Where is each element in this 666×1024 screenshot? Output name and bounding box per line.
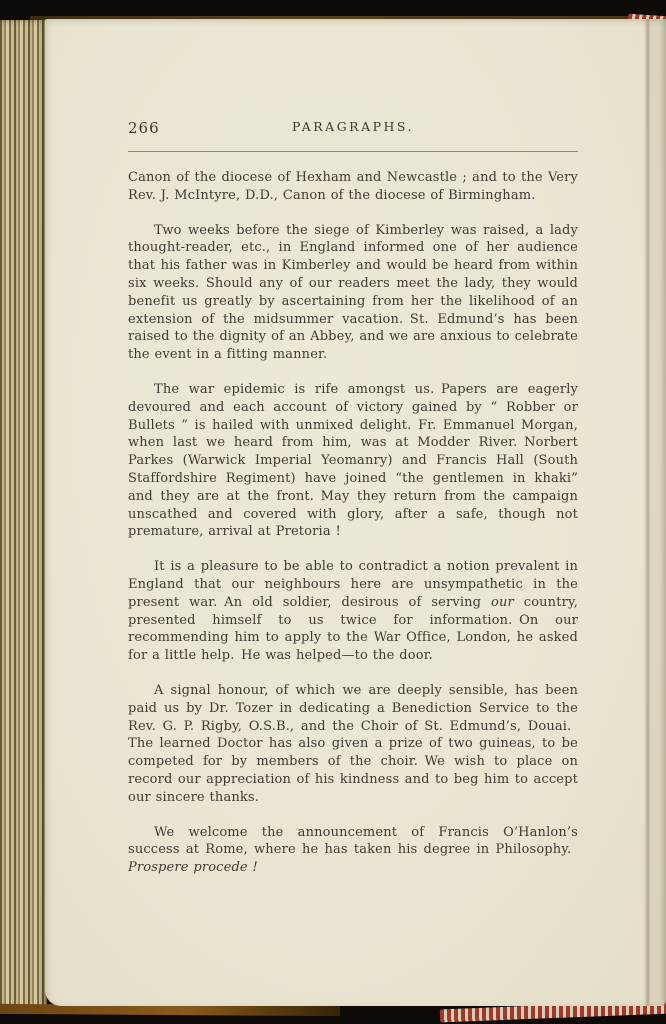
- text-run: The war epidemic is rife amongst us. Pap…: [128, 382, 578, 539]
- page-number: 266: [128, 119, 160, 137]
- text-run: A signal honour, of which we are deeply …: [128, 683, 578, 805]
- paragraphs: Canon of the diocese of Hexham and Newca…: [128, 169, 578, 877]
- page-crease: [644, 19, 666, 1006]
- book-photo-scene: 266 PARAGRAPHS. Canon of the diocese of …: [0, 0, 666, 1024]
- italic-text-run: our: [491, 595, 514, 610]
- page-header: 266 PARAGRAPHS.: [128, 119, 578, 136]
- stacked-page-edges: [0, 20, 47, 1010]
- running-head: PARAGRAPHS.: [128, 119, 578, 134]
- paragraph: Canon of the diocese of Hexham and Newca…: [128, 169, 578, 205]
- text-run: We welcome the announcement of Francis O…: [128, 825, 578, 858]
- paragraph: It is a pleasure to be able to contradic…: [128, 558, 578, 665]
- page-content: 266 PARAGRAPHS. Canon of the diocese of …: [128, 119, 578, 877]
- paragraph: We welcome the announcement of Francis O…: [128, 824, 578, 877]
- book-page: 266 PARAGRAPHS. Canon of the diocese of …: [45, 19, 666, 1006]
- text-run: Canon of the diocese of Hexham and Newca…: [128, 170, 578, 203]
- paragraph: Two weeks before the siege of Kimberley …: [128, 222, 578, 364]
- italic-text-run: Prospere procede !: [128, 860, 258, 875]
- text-run: Two weeks before the siege of Kimberley …: [128, 223, 578, 363]
- paragraph: The war epidemic is rife amongst us. Pap…: [128, 381, 578, 541]
- paragraph: A signal honour, of which we are deeply …: [128, 682, 578, 807]
- header-rule: [128, 151, 578, 152]
